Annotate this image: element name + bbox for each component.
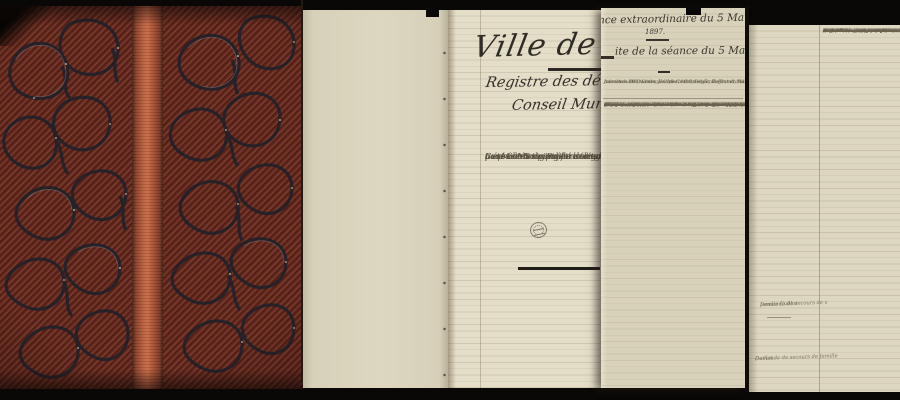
cover-vignette — [0, 6, 303, 389]
page-title: Ville de R — [470, 26, 603, 65]
subheading-dash — [601, 56, 614, 59]
margin-fold-line — [480, 10, 481, 388]
deliberations-page: Considérant au Conseil d'État,quelques b… — [749, 25, 900, 392]
page-edge-shadow — [749, 25, 758, 392]
session-minutes-page: nce extraordinaire du 5 Mars 1897. ite d… — [601, 8, 746, 388]
flyleaf-page — [303, 10, 448, 388]
session-heading: nce extraordinaire du 5 Mars — [601, 12, 746, 27]
register-title-page: Ville de R Registre des délib Conseil Mu… — [448, 10, 603, 388]
binding-stitches — [443, 10, 446, 388]
book-cover — [0, 6, 303, 389]
scanned-register-photo: Ville de R Registre des délib Conseil Mu… — [0, 0, 900, 400]
margin-rule — [819, 25, 820, 392]
closing-rule — [518, 267, 600, 270]
ruled-lines — [601, 8, 746, 388]
title-underline — [548, 68, 602, 71]
session-subheading: ite de la séance du 5 Mars 189 — [615, 44, 746, 57]
page-top-notch — [426, 6, 439, 17]
year-underline — [646, 39, 669, 41]
margin-note-underline — [767, 317, 791, 318]
page-binding-shadow — [448, 10, 456, 388]
register-heading: Registre des délib — [485, 73, 603, 91]
margin-note-secours-2: Demande de secours de familleGuillot — [755, 354, 819, 356]
council-heading: Conseil Muni — [511, 96, 603, 114]
page-edge-highlight — [601, 8, 607, 388]
attendees-divider — [603, 98, 743, 99]
session-year: 1897. — [645, 28, 665, 36]
round-archive-stamp-icon — [529, 220, 549, 239]
date-underline — [658, 71, 670, 73]
margin-note-secours-1: Demande de secours de sfamille Guillot — [760, 300, 824, 302]
page-top-notch — [686, 6, 701, 15]
